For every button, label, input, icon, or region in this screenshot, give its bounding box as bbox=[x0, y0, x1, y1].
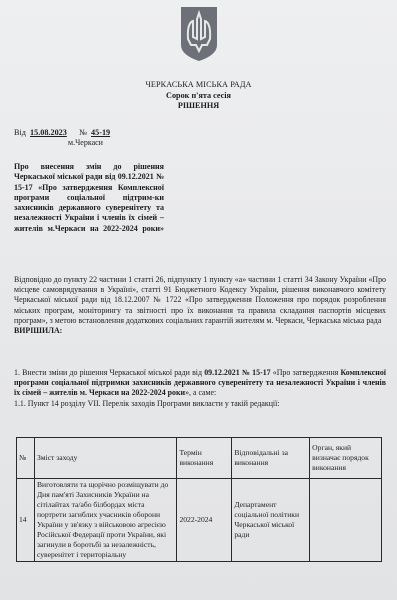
session-title: Сорок п'ята сесія bbox=[0, 91, 397, 102]
item1-text: «Про затвердження bbox=[271, 368, 341, 377]
item1-text: », а саме: bbox=[185, 388, 216, 397]
item1-ref: 09.12.2021 № 15-17 bbox=[204, 368, 270, 377]
coat-of-arms-icon bbox=[179, 5, 219, 63]
item1-text: 1. Внести зміни до рішення Черкаської мі… bbox=[14, 368, 204, 377]
document-header: ЧЕРКАСЬКА МІСЬКА РАДА Сорок п'ята сесія … bbox=[0, 80, 397, 112]
col-authority: Орган, який визначає порядок виконання bbox=[310, 438, 382, 479]
decision-meta: Від 15.08.2023 № 45-19 bbox=[14, 128, 110, 137]
table-row: 14 Виготовляти та щорічно розміщувати до… bbox=[17, 479, 382, 562]
col-number: № bbox=[17, 438, 35, 479]
table-header-row: № Зміст заходу Термін виконання Відповід… bbox=[17, 438, 382, 479]
col-term: Термін виконання bbox=[177, 438, 232, 479]
resolution-item-1: 1. Внести зміни до рішення Черкаської мі… bbox=[14, 368, 386, 409]
document-type: РІШЕННЯ bbox=[0, 101, 397, 112]
row-number: 14 bbox=[17, 479, 35, 562]
council-name: ЧЕРКАСЬКА МІСЬКА РАДА bbox=[0, 80, 397, 91]
item1-1: 1.1. Пункт 14 розділу VII. Перелік заход… bbox=[14, 399, 386, 409]
number-label: № bbox=[79, 128, 87, 137]
row-term: 2022-2024 bbox=[177, 479, 232, 562]
decision-number: 45-19 bbox=[91, 128, 110, 137]
row-authority bbox=[310, 479, 382, 562]
decision-date: 15.08.2023 bbox=[30, 128, 67, 137]
measures-table: № Зміст заходу Термін виконання Відповід… bbox=[16, 437, 382, 562]
date-label: Від bbox=[14, 128, 26, 137]
preamble-text: Відповідно до пункту 22 частини 1 статті… bbox=[14, 275, 386, 325]
preamble: Відповідно до пункту 22 частини 1 статті… bbox=[14, 275, 386, 336]
decision-subject: Про внесення змін до рішення Черкаської … bbox=[14, 162, 164, 234]
row-responsible: Департамент соціальної політики Черкаськ… bbox=[232, 479, 310, 562]
col-responsible: Відповідальні за виконання bbox=[232, 438, 310, 479]
row-content: Виготовляти та щорічно розміщувати до Дн… bbox=[34, 479, 176, 562]
resolved-heading: ВИРІШИЛА: bbox=[14, 326, 386, 336]
document-page: ЧЕРКАСЬКА МІСЬКА РАДА Сорок п'ята сесія … bbox=[0, 0, 397, 600]
city: м.Черкаси bbox=[68, 138, 103, 147]
col-content: Зміст заходу bbox=[34, 438, 176, 479]
